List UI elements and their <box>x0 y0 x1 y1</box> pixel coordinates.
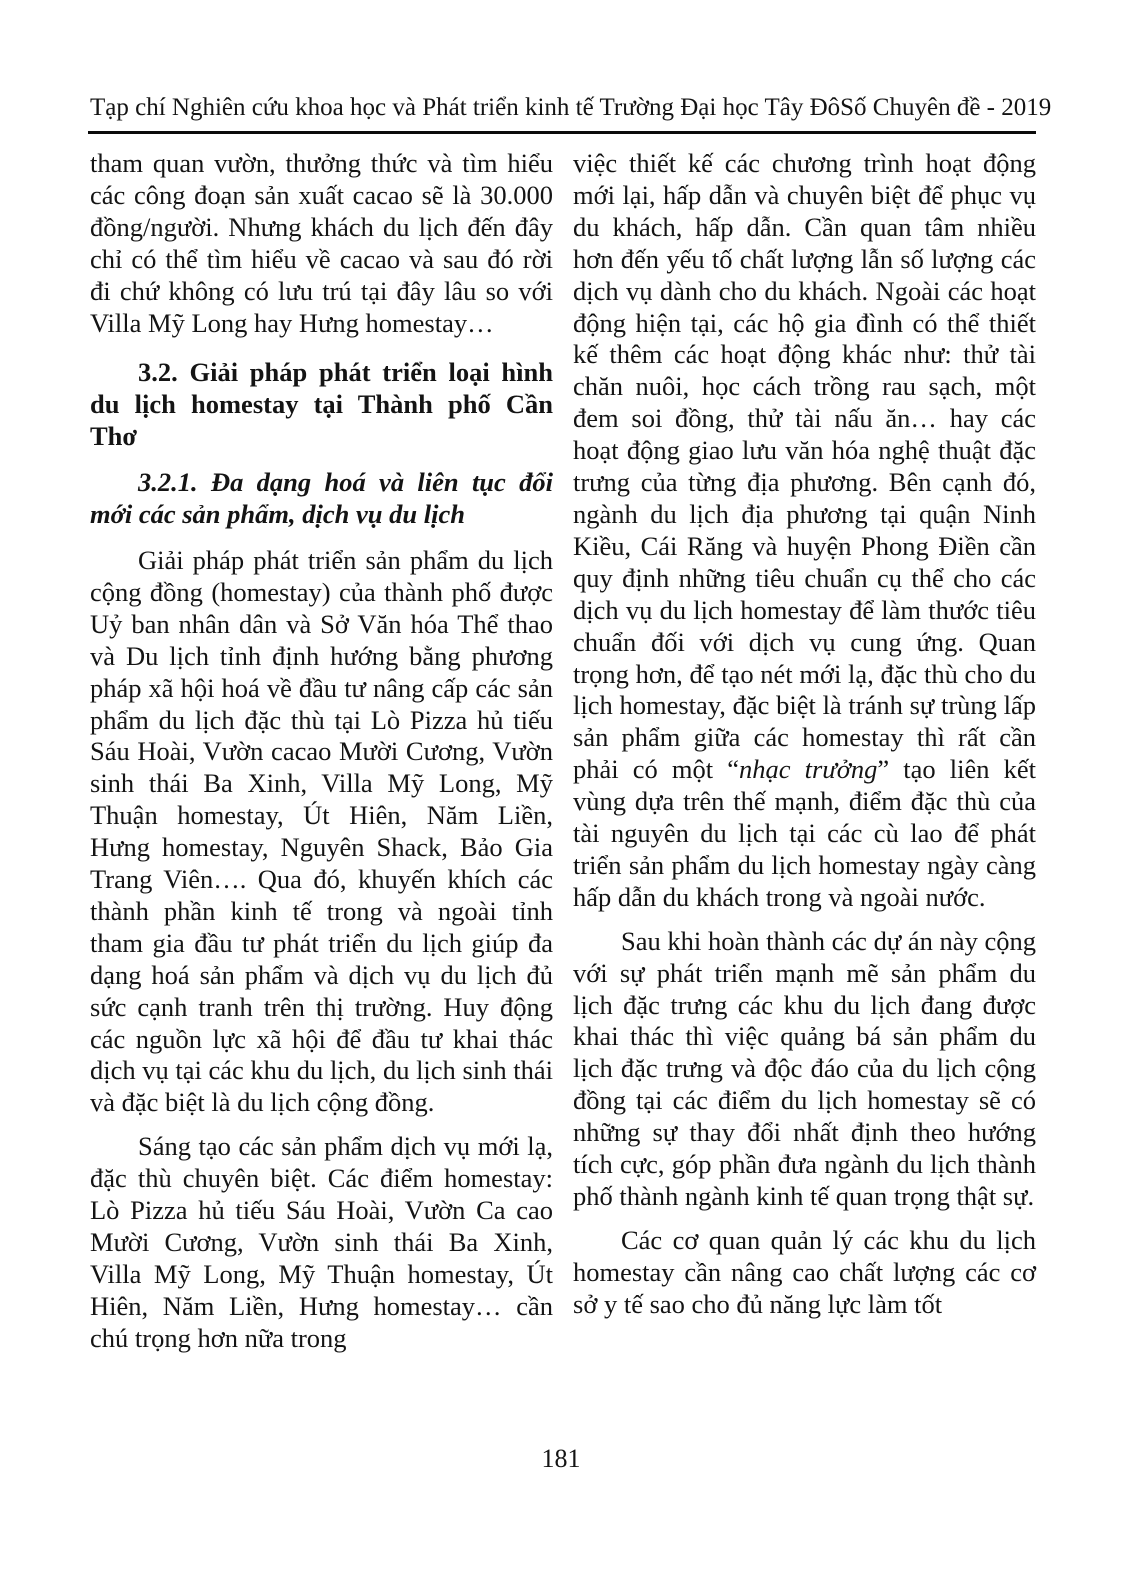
paragraph-continuation: tham quan vườn, thưởng thức và tìm hiểu … <box>90 148 553 339</box>
italic-phrase: nhạc trưởng <box>739 754 877 784</box>
page-footer: 181 <box>0 1444 1122 1474</box>
article-body: tham quan vườn, thưởng thức và tìm hiểu … <box>90 148 1036 1367</box>
journal-title: Tạp chí Nghiên cứu khoa học và Phát triể… <box>90 94 840 122</box>
right-column: việc thiết kế các chương trình hoạt động… <box>573 148 1036 1367</box>
subsection-heading-3-2-1: 3.2.1. Đa dạng hoá và liên tục đổi mới c… <box>90 467 553 531</box>
section-heading-3-2: 3.2. Giải pháp phát triển loại hình du l… <box>90 357 553 453</box>
paragraph: việc thiết kế các chương trình hoạt động… <box>573 148 1036 914</box>
page-number: 181 <box>542 1444 581 1473</box>
journal-page: Tạp chí Nghiên cứu khoa học và Phát triể… <box>0 0 1122 1594</box>
paragraph: Sau khi hoàn thành các dự án này cộng vớ… <box>573 926 1036 1213</box>
paragraph: Các cơ quan quản lý các khu du lịch home… <box>573 1225 1036 1321</box>
paragraph: Giải pháp phát triển sản phẩm du lịch cộ… <box>90 545 553 1119</box>
paragraph-text: việc thiết kế các chương trình hoạt động… <box>573 148 1036 784</box>
issue-label: Số Chuyên đề - 2019 <box>840 94 1051 122</box>
paragraph: Sáng tạo các sản phẩm dịch vụ mới lạ, đặ… <box>90 1131 553 1354</box>
left-column: tham quan vườn, thưởng thức và tìm hiểu … <box>90 148 553 1367</box>
header-rule <box>88 131 1036 134</box>
journal-header: Tạp chí Nghiên cứu khoa học và Phát triể… <box>90 94 1036 122</box>
